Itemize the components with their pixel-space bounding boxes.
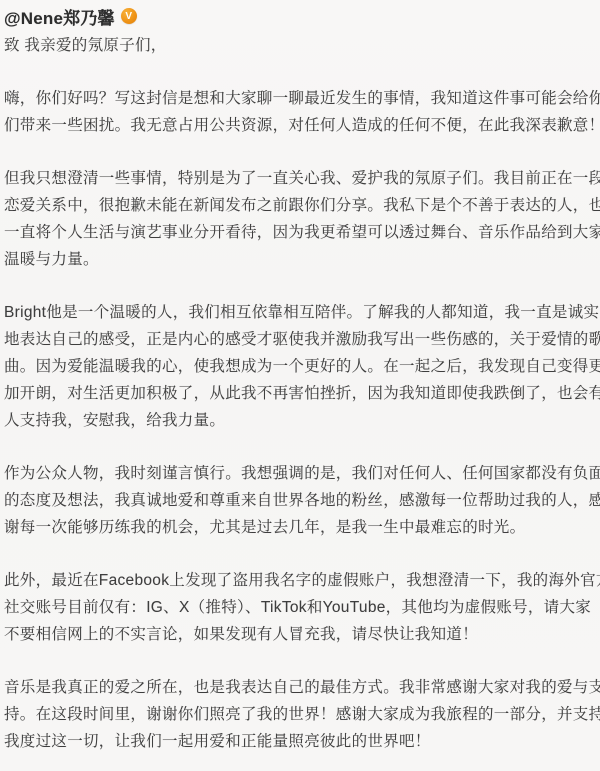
author-name[interactable]: @Nene郑乃馨 [4, 4, 115, 29]
post-paragraph-bright: Bright他是一个温暖的人，我们相互依靠相互陪伴。了解我的人都知道，我一直是诚… [4, 299, 600, 434]
post-screenshot: @Nene郑乃馨 V 致 我亲爱的氖原子们， 嗨，你们好吗？写这封信是想和大家聊… [0, 0, 600, 771]
post-paragraph-clarification: 但我只想澄清一些事情，特别是为了一直关心我、爱护我的氖原子们。我目前正在一段 恋… [4, 165, 600, 273]
post-paragraph-fake-accounts: 此外，最近在Facebook上发现了盗用我名字的虚假账户，我想澄清一下，我的海外… [4, 567, 600, 648]
post-paragraph-music-thanks: 音乐是我真正的爱之所在，也是我表达自己的最佳方式。我非常感谢大家对我的爱与支 持… [4, 674, 600, 755]
salutation-line: 致 我亲爱的氖原子们， [4, 33, 600, 59]
post-paragraph-public-figure: 作为公众人物，我时刻谨言慎行。我想强调的是，我们对任何人、任何国家都没有负面 的… [4, 460, 600, 541]
post-paragraph-greeting: 嗨，你们好吗？写这封信是想和大家聊一聊最近发生的事情，我知道这件事可能会给你 们… [4, 85, 600, 139]
author-row: @Nene郑乃馨 V [4, 4, 600, 28]
verified-badge-icon: V [121, 8, 137, 24]
